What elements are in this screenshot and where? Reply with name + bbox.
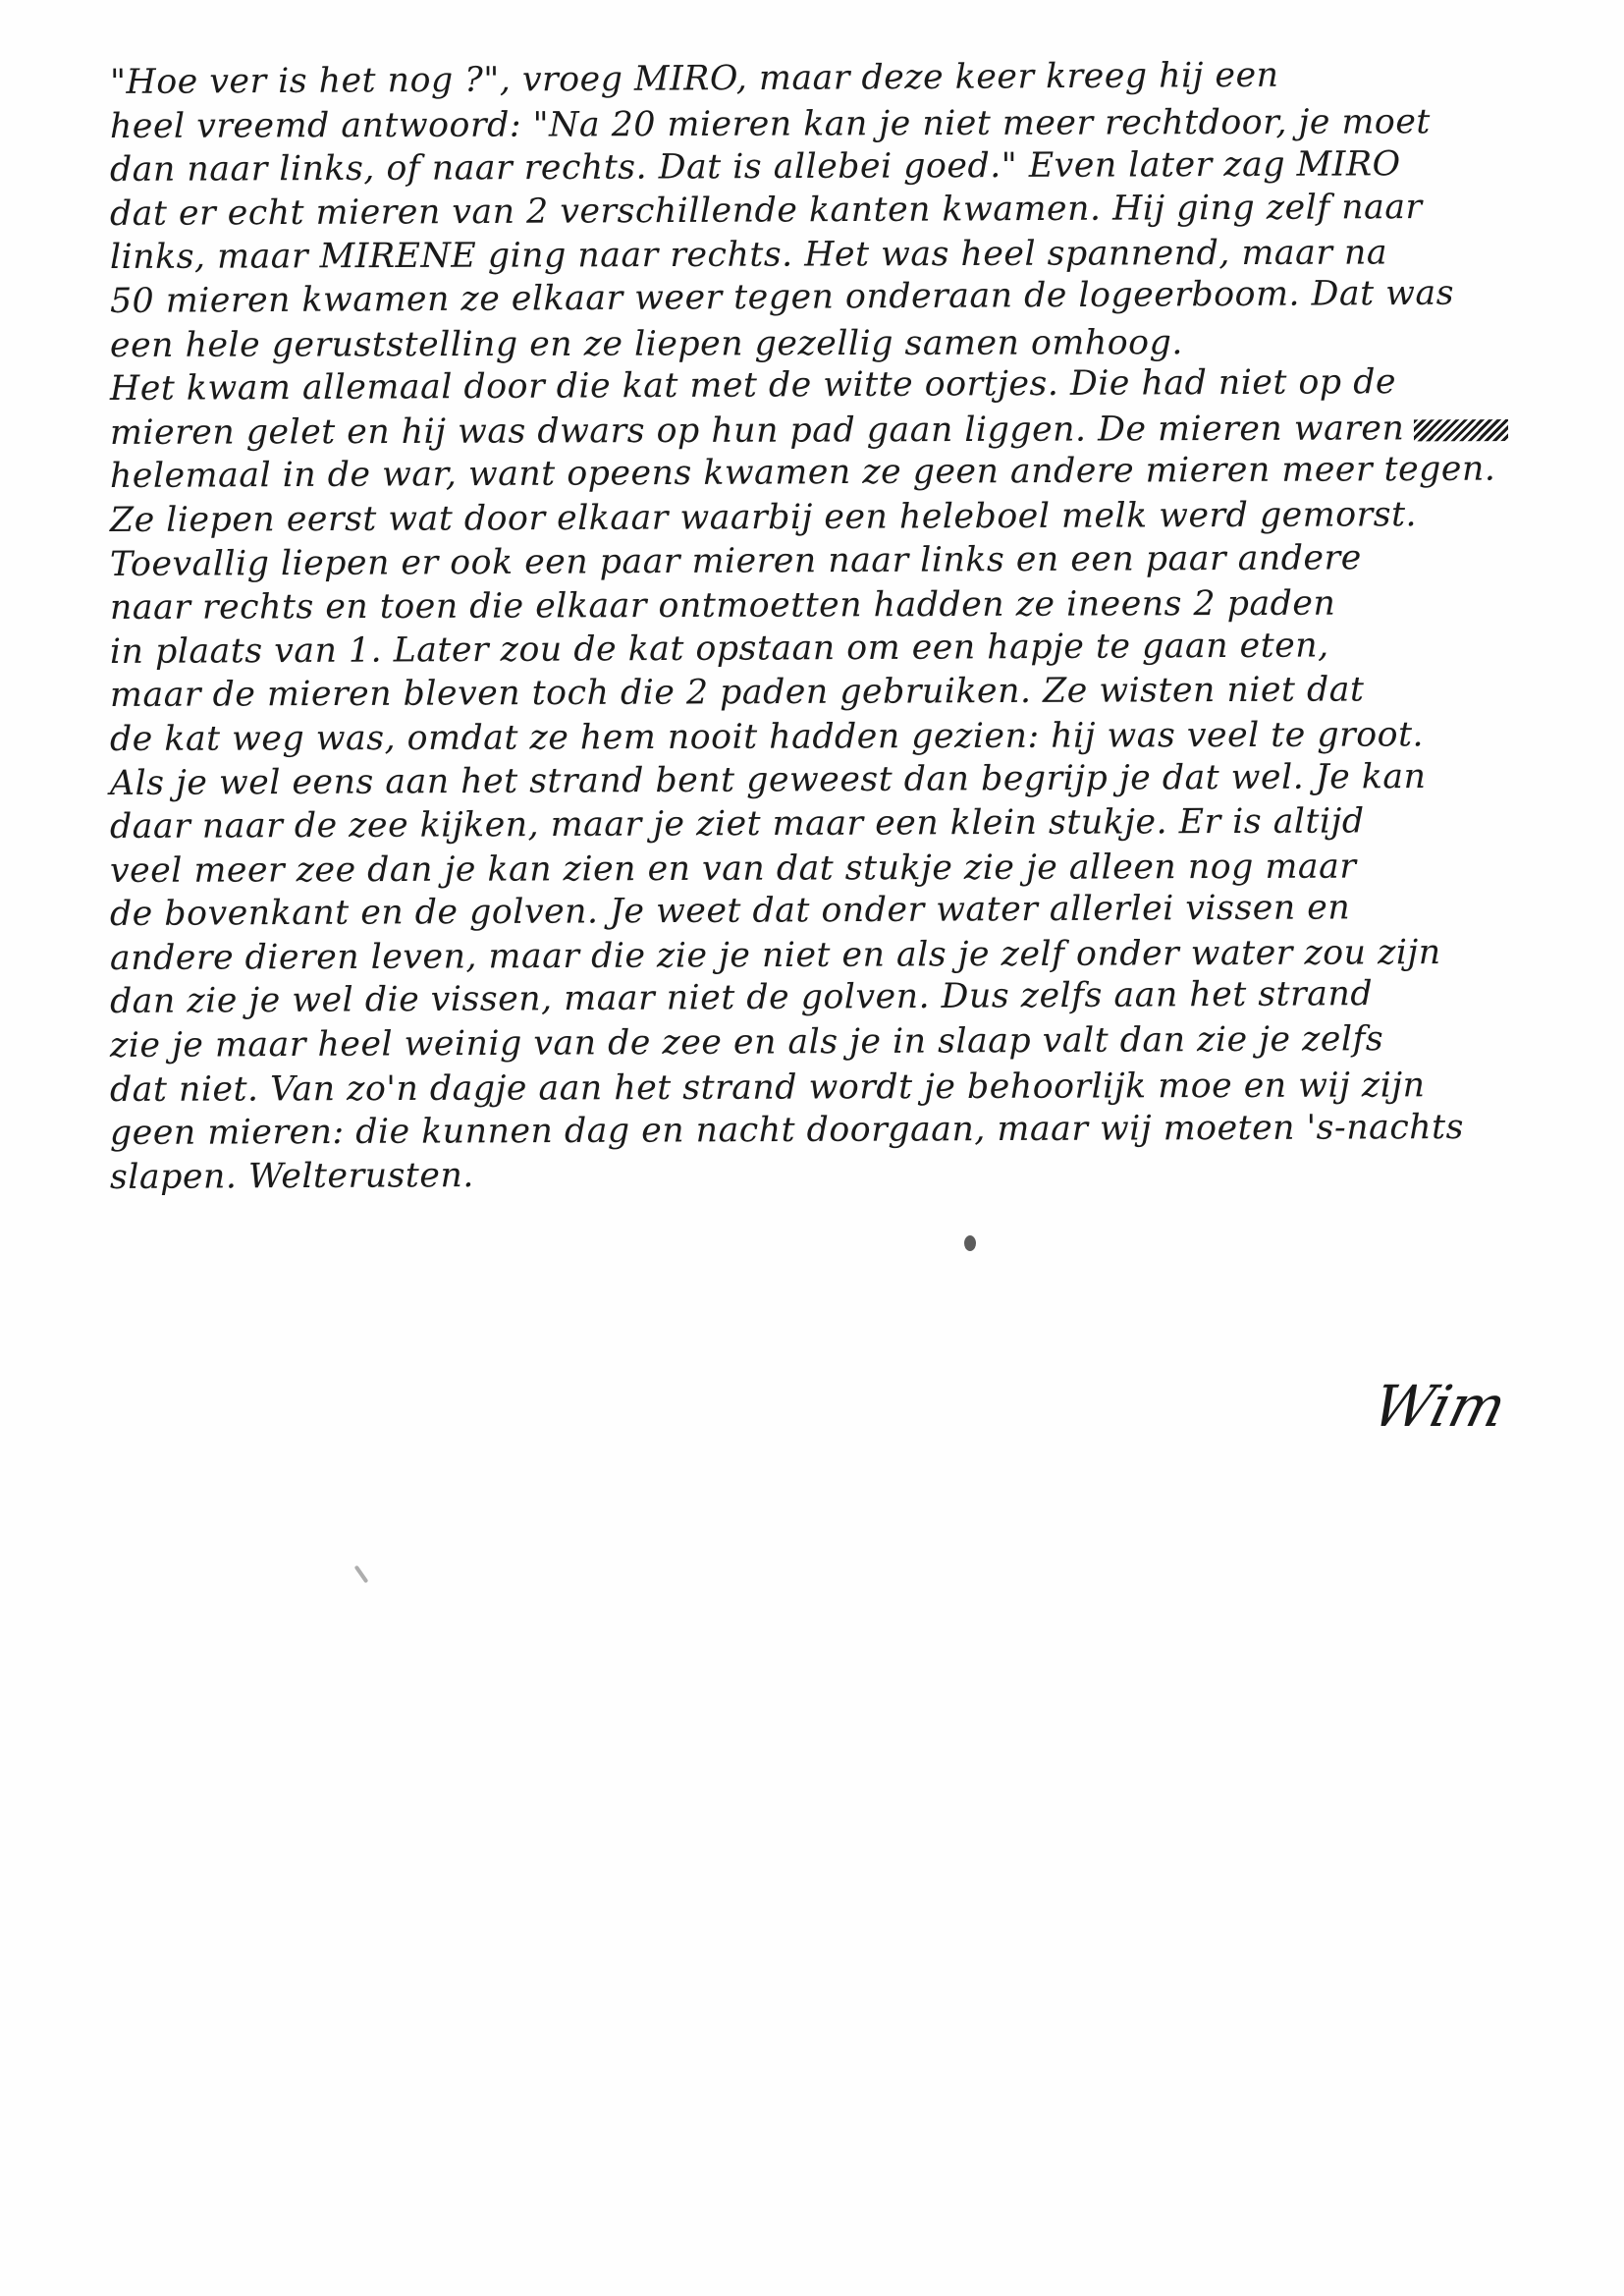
text-line: Het kwam allemaal door die kat met de wi…	[110, 359, 1583, 410]
text-line: dan zie je wel die vissen, maar niet de …	[110, 971, 1583, 1024]
text-line: dat er echt mieren van 2 verschillende k…	[110, 185, 1583, 236]
text-line: maar de mieren bleven toch die 2 paden g…	[110, 668, 1583, 718]
struck-out-word	[1414, 418, 1508, 440]
text-line: Ze liepen eerst wat door elkaar waarbij …	[110, 492, 1583, 542]
text-line: daar naar de zee kijken, maar je ziet ma…	[110, 799, 1583, 849]
ink-blot	[964, 1235, 976, 1251]
text-line: Als je wel eens aan het strand bent gewe…	[110, 754, 1583, 805]
text-line: "Hoe ver is het nog ?", vroeg MIRO, maar…	[110, 52, 1583, 105]
text-line: dat niet. Van zo'n dagje aan het strand …	[110, 1063, 1583, 1112]
text-line: heel vreemd antwoord: "Na 20 mieren kan …	[110, 99, 1583, 148]
text-line: de kat weg was, omdat ze hem nooit hadde…	[110, 713, 1583, 762]
text-line: mieren gelet en hij was dwars op hun pad…	[110, 409, 1404, 453]
text-line: helemaal in de war, want opeens kwamen z…	[110, 447, 1583, 498]
text-line: geen mieren: die kunnen dag en nacht doo…	[110, 1106, 1583, 1156]
letter-body: "Hoe ver is het nog ?", vroeg MIRO, maar…	[110, 61, 1583, 1199]
paper-speck	[354, 1565, 369, 1584]
text-line: Toevallig liepen er ook een paar mieren …	[110, 535, 1583, 586]
text-line: de bovenkant en de golven. Je weet dat o…	[110, 885, 1583, 936]
text-line: naar rechts en toen die elkaar ontmoette…	[110, 581, 1583, 630]
text-line: dan naar links, of naar rechts. Dat is a…	[110, 142, 1583, 192]
signature: Wim	[1367, 1373, 1513, 1440]
text-line: zie je maar heel weinig van de zee en al…	[110, 1016, 1583, 1067]
text-line: 50 mieren kwamen ze elkaar weer tegen on…	[110, 271, 1583, 324]
text-line: in plaats van 1. Later zou de kat opstaa…	[110, 623, 1583, 674]
letter-page: "Hoe ver is het nog ?", vroeg MIRO, maar…	[0, 0, 1624, 2296]
text-line: slapen. Welterusten.	[110, 1148, 1583, 1199]
